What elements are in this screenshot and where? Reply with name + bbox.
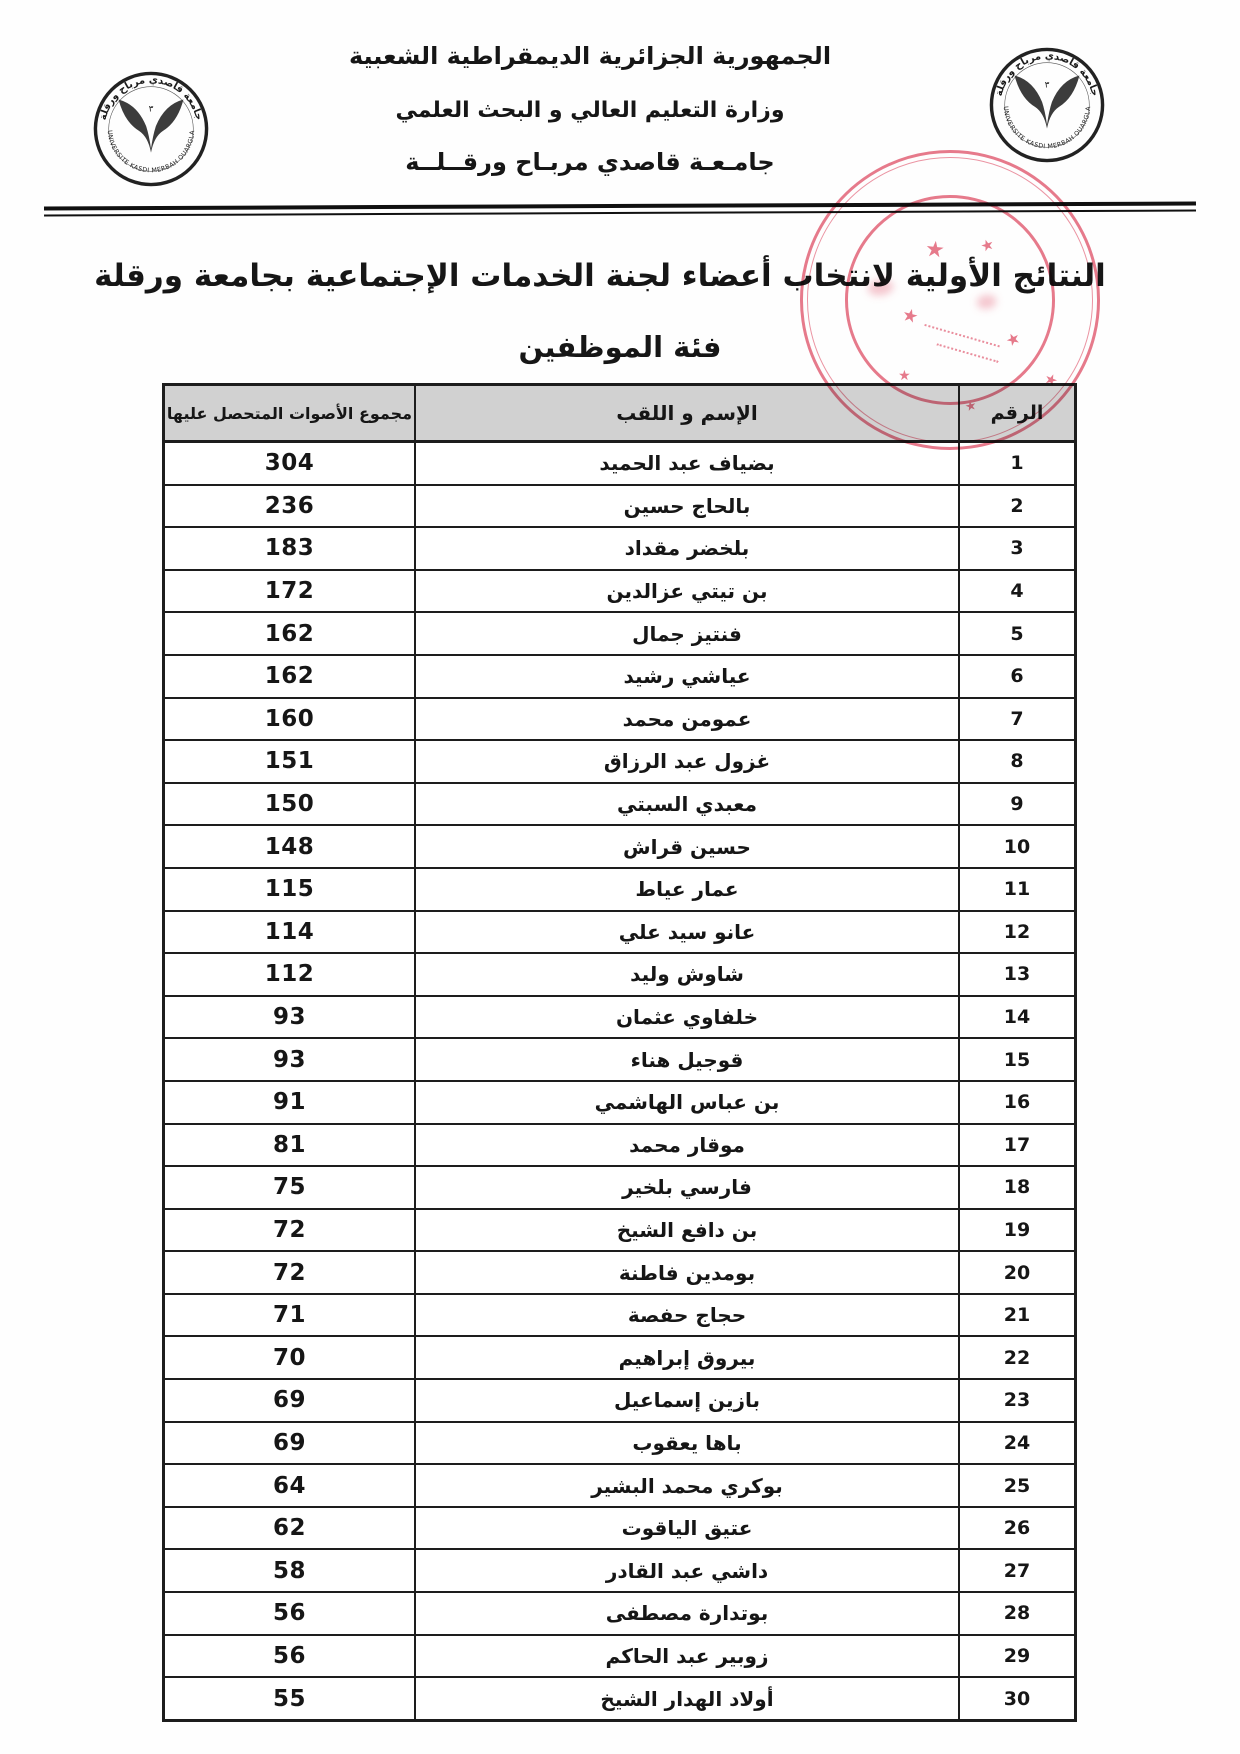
row-votes-cell: 55 bbox=[164, 1677, 416, 1720]
table-row: 13 شاوش وليد 112 bbox=[164, 953, 1076, 996]
row-rank-cell: 10 bbox=[959, 825, 1076, 868]
row-name-cell: فارسي بلخير bbox=[415, 1166, 959, 1209]
row-name-cell: حجاج حفصة bbox=[415, 1294, 959, 1337]
table-row: 19 بن دافع الشيخ 72 bbox=[164, 1209, 1076, 1252]
row-rank-cell: 11 bbox=[959, 868, 1076, 911]
row-name-cell: بوتدارة مصطفى bbox=[415, 1592, 959, 1635]
seal-center-mark: ٣ bbox=[149, 104, 154, 114]
row-rank-cell: 26 bbox=[959, 1507, 1076, 1550]
row-name-cell: بوكري محمد البشير bbox=[415, 1464, 959, 1507]
row-votes-cell: 150 bbox=[164, 783, 416, 826]
row-votes-cell: 56 bbox=[164, 1635, 416, 1678]
table-row: 22 بيروق إبراهيم 70 bbox=[164, 1336, 1076, 1379]
row-votes-cell: 71 bbox=[164, 1294, 416, 1337]
col-header-name: الإسم و اللقب bbox=[415, 385, 959, 442]
row-votes-cell: 114 bbox=[164, 911, 416, 954]
col-header-rank: الرقم bbox=[959, 385, 1076, 442]
row-votes-cell: 148 bbox=[164, 825, 416, 868]
row-name-cell: باها يعقوب bbox=[415, 1422, 959, 1465]
row-name-cell: قوجيل هناء bbox=[415, 1038, 959, 1081]
results-table-header: الرقم الإسم و اللقب مجموع الأصوات المتحص… bbox=[164, 385, 1076, 442]
table-row: 23 بازين إسماعيل 69 bbox=[164, 1379, 1076, 1422]
row-name-cell: غزول عبد الرزاق bbox=[415, 740, 959, 783]
table-row: 14 خلفاوي عثمان 93 bbox=[164, 996, 1076, 1039]
table-row: 17 موقار محمد 81 bbox=[164, 1124, 1076, 1167]
table-row: 1 بضياف عبد الحميد 304 bbox=[164, 442, 1076, 485]
row-votes-cell: 183 bbox=[164, 527, 416, 570]
row-name-cell: بن تيتي عزالدين bbox=[415, 570, 959, 613]
row-name-cell: أولاد الهدار الشيخ bbox=[415, 1677, 959, 1720]
row-votes-cell: 70 bbox=[164, 1336, 416, 1379]
seal-arabic-text: جامعة قاصدي مرباح ورقلة bbox=[98, 75, 205, 122]
document-subtitle: فئة الموظفين bbox=[0, 330, 1240, 364]
table-row: 20 بومدين فاطنة 72 bbox=[164, 1251, 1076, 1294]
table-row: 24 باها يعقوب 69 bbox=[164, 1422, 1076, 1465]
row-votes-cell: 160 bbox=[164, 698, 416, 741]
row-name-cell: بضياف عبد الحميد bbox=[415, 442, 959, 485]
row-name-cell: بن عباس الهاشمي bbox=[415, 1081, 959, 1124]
table-row: 12 عانو سيد علي 114 bbox=[164, 911, 1076, 954]
row-rank-cell: 28 bbox=[959, 1592, 1076, 1635]
row-name-cell: بلخضر مقداد bbox=[415, 527, 959, 570]
university-seal-icon: جامعة قاصدي مرباح ورقلة UNIVERSITE KASDI… bbox=[988, 46, 1106, 164]
table-row: 29 زوبير عبد الحاكم 56 bbox=[164, 1635, 1076, 1678]
seal-arabic-text: جامعة قاصدي مرباح ورقلة bbox=[994, 51, 1101, 98]
table-row: 30 أولاد الهدار الشيخ 55 bbox=[164, 1677, 1076, 1720]
table-row: 4 بن تيتي عزالدين 172 bbox=[164, 570, 1076, 613]
row-votes-cell: 64 bbox=[164, 1464, 416, 1507]
row-votes-cell: 93 bbox=[164, 1038, 416, 1081]
svg-text:جامعة قاصدي مرباح ورقلة: جامعة قاصدي مرباح ورقلة bbox=[98, 75, 205, 122]
row-name-cell: فنتيز جمال bbox=[415, 612, 959, 655]
university-seal-left: جامعة قاصدي مرباح ورقلة UNIVERSITE KASDI… bbox=[92, 70, 210, 188]
row-votes-cell: 72 bbox=[164, 1251, 416, 1294]
row-votes-cell: 69 bbox=[164, 1422, 416, 1465]
document-page: الجمهورية الجزائرية الديمقراطية الشعبية … bbox=[0, 0, 1240, 1754]
row-votes-cell: 151 bbox=[164, 740, 416, 783]
row-name-cell: عمومن محمد bbox=[415, 698, 959, 741]
row-rank-cell: 20 bbox=[959, 1251, 1076, 1294]
header-row: الرقم الإسم و اللقب مجموع الأصوات المتحص… bbox=[164, 385, 1076, 442]
row-name-cell: خلفاوي عثمان bbox=[415, 996, 959, 1039]
row-name-cell: بيروق إبراهيم bbox=[415, 1336, 959, 1379]
row-rank-cell: 21 bbox=[959, 1294, 1076, 1337]
table-row: 10 حسين قراش 148 bbox=[164, 825, 1076, 868]
row-name-cell: داشي عبد القادر bbox=[415, 1549, 959, 1592]
table-row: 26 عتيق الياقوت 62 bbox=[164, 1507, 1076, 1550]
row-name-cell: عياشي رشيد bbox=[415, 655, 959, 698]
row-name-cell: زوبير عبد الحاكم bbox=[415, 1635, 959, 1678]
table-row: 27 داشي عبد القادر 58 bbox=[164, 1549, 1076, 1592]
seal-center-mark: ٣ bbox=[1045, 80, 1050, 90]
row-name-cell: عتيق الياقوت bbox=[415, 1507, 959, 1550]
row-votes-cell: 112 bbox=[164, 953, 416, 996]
table-row: 6 عياشي رشيد 162 bbox=[164, 655, 1076, 698]
row-votes-cell: 115 bbox=[164, 868, 416, 911]
stamp-star-icon: ★ bbox=[898, 369, 911, 383]
row-name-cell: موقار محمد bbox=[415, 1124, 959, 1167]
row-rank-cell: 27 bbox=[959, 1549, 1076, 1592]
row-votes-cell: 91 bbox=[164, 1081, 416, 1124]
row-votes-cell: 172 bbox=[164, 570, 416, 613]
row-rank-cell: 14 bbox=[959, 996, 1076, 1039]
row-rank-cell: 23 bbox=[959, 1379, 1076, 1422]
row-votes-cell: 81 bbox=[164, 1124, 416, 1167]
table-row: 16 بن عباس الهاشمي 91 bbox=[164, 1081, 1076, 1124]
row-votes-cell: 93 bbox=[164, 996, 416, 1039]
row-name-cell: حسين قراش bbox=[415, 825, 959, 868]
row-rank-cell: 2 bbox=[959, 485, 1076, 528]
row-name-cell: عمار عياط bbox=[415, 868, 959, 911]
row-rank-cell: 3 bbox=[959, 527, 1076, 570]
row-rank-cell: 16 bbox=[959, 1081, 1076, 1124]
row-name-cell: بومدين فاطنة bbox=[415, 1251, 959, 1294]
table-row: 15 قوجيل هناء 93 bbox=[164, 1038, 1076, 1081]
svg-text:جامعة قاصدي مرباح ورقلة: جامعة قاصدي مرباح ورقلة bbox=[994, 51, 1101, 98]
row-votes-cell: 162 bbox=[164, 612, 416, 655]
row-name-cell: بالحاج حسين bbox=[415, 485, 959, 528]
table-row: 25 بوكري محمد البشير 64 bbox=[164, 1464, 1076, 1507]
row-rank-cell: 24 bbox=[959, 1422, 1076, 1465]
university-seal-right: جامعة قاصدي مرباح ورقلة UNIVERSITE KASDI… bbox=[988, 46, 1106, 164]
row-votes-cell: 56 bbox=[164, 1592, 416, 1635]
row-name-cell: شاوش وليد bbox=[415, 953, 959, 996]
stamp-star-icon: ★ bbox=[900, 306, 920, 327]
row-rank-cell: 18 bbox=[959, 1166, 1076, 1209]
stamp-ink-blot bbox=[976, 294, 998, 311]
row-name-cell: بن دافع الشيخ bbox=[415, 1209, 959, 1252]
table-row: 21 حجاج حفصة 71 bbox=[164, 1294, 1076, 1337]
university-seal-icon: جامعة قاصدي مرباح ورقلة UNIVERSITE KASDI… bbox=[92, 70, 210, 188]
row-votes-cell: 62 bbox=[164, 1507, 416, 1550]
row-votes-cell: 236 bbox=[164, 485, 416, 528]
results-table: الرقم الإسم و اللقب مجموع الأصوات المتحص… bbox=[162, 383, 1077, 1722]
row-votes-cell: 69 bbox=[164, 1379, 416, 1422]
row-rank-cell: 6 bbox=[959, 655, 1076, 698]
document-title: النتائج الأولية لانتخاب أعضاء لجنة الخدم… bbox=[0, 258, 1200, 294]
table-row: 2 بالحاج حسين 236 bbox=[164, 485, 1076, 528]
row-votes-cell: 58 bbox=[164, 1549, 416, 1592]
row-rank-cell: 17 bbox=[959, 1124, 1076, 1167]
row-rank-cell: 30 bbox=[959, 1677, 1076, 1720]
table-row: 18 فارسي بلخير 75 bbox=[164, 1166, 1076, 1209]
row-votes-cell: 75 bbox=[164, 1166, 416, 1209]
row-rank-cell: 13 bbox=[959, 953, 1076, 996]
row-votes-cell: 72 bbox=[164, 1209, 416, 1252]
row-rank-cell: 19 bbox=[959, 1209, 1076, 1252]
row-rank-cell: 22 bbox=[959, 1336, 1076, 1379]
row-rank-cell: 8 bbox=[959, 740, 1076, 783]
table-row: 3 بلخضر مقداد 183 bbox=[164, 527, 1076, 570]
table-row: 7 عمومن محمد 160 bbox=[164, 698, 1076, 741]
table-row: 28 بوتدارة مصطفى 56 bbox=[164, 1592, 1076, 1635]
row-rank-cell: 29 bbox=[959, 1635, 1076, 1678]
row-rank-cell: 5 bbox=[959, 612, 1076, 655]
row-name-cell: عانو سيد علي bbox=[415, 911, 959, 954]
results-table-body: 1 بضياف عبد الحميد 304 2 بالحاج حسين 236… bbox=[164, 442, 1076, 1721]
row-rank-cell: 1 bbox=[959, 442, 1076, 485]
row-rank-cell: 12 bbox=[959, 911, 1076, 954]
row-votes-cell: 162 bbox=[164, 655, 416, 698]
table-row: 8 غزول عبد الرزاق 151 bbox=[164, 740, 1076, 783]
row-name-cell: بازين إسماعيل bbox=[415, 1379, 959, 1422]
row-rank-cell: 4 bbox=[959, 570, 1076, 613]
table-row: 11 عمار عياط 115 bbox=[164, 868, 1076, 911]
row-votes-cell: 304 bbox=[164, 442, 416, 485]
table-row: 9 معبدي السبتي 150 bbox=[164, 783, 1076, 826]
row-rank-cell: 9 bbox=[959, 783, 1076, 826]
row-name-cell: معبدي السبتي bbox=[415, 783, 959, 826]
row-rank-cell: 15 bbox=[959, 1038, 1076, 1081]
stamp-star-icon: ★ bbox=[979, 237, 996, 255]
header-separator-rule bbox=[44, 201, 1196, 216]
row-rank-cell: 25 bbox=[959, 1464, 1076, 1507]
col-header-votes: مجموع الأصوات المتحصل عليها bbox=[164, 385, 416, 442]
table-row: 5 فنتيز جمال 162 bbox=[164, 612, 1076, 655]
row-rank-cell: 7 bbox=[959, 698, 1076, 741]
